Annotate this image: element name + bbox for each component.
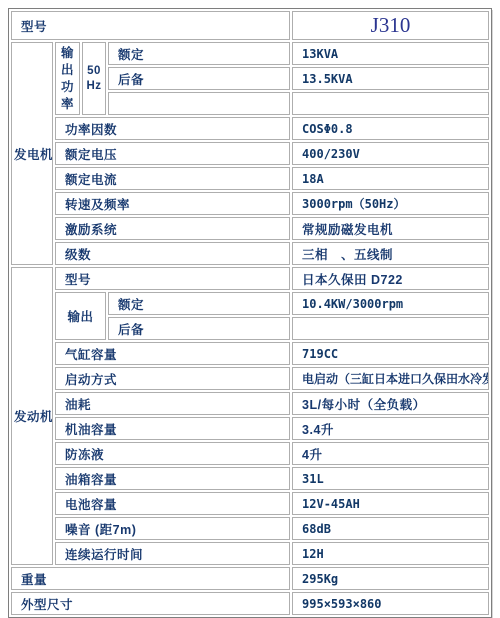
row-fuel-consumption: 油耗 3L/每小时（全负载）: [11, 392, 489, 415]
model-value: J310: [292, 11, 489, 40]
row-excitation-system: 激励系统 常规励磁发电机: [11, 217, 489, 240]
weight-value: 295Kg: [292, 567, 489, 590]
phase-wires-label: 级数: [55, 242, 290, 265]
row-model: 型号 J310: [11, 11, 489, 40]
gen-frequency-unit: Hz: [85, 79, 103, 94]
weight-label: 重量: [11, 567, 290, 590]
row-power-factor: 功率因数 COSΦ0.8: [11, 117, 489, 140]
battery-capacity-value: 12V-45AH: [292, 492, 489, 515]
row-start-method: 启动方式 电启动（三缸日本进口久保田水冷发动机）: [11, 367, 489, 390]
section-generator-label: 发电机: [11, 42, 53, 265]
oil-capacity-label: 机油容量: [55, 417, 290, 440]
noise-value: 68dB: [292, 517, 489, 540]
excitation-system-label: 激励系统: [55, 217, 290, 240]
engine-standby-label: 后备: [108, 317, 290, 340]
row-phase-wires: 级数 三相 、五线制: [11, 242, 489, 265]
phase-wires-value: 三相 、五线制: [292, 242, 489, 265]
row-rated-voltage: 额定电压 400/230V: [11, 142, 489, 165]
section-engine-label: 发动机: [11, 267, 53, 565]
fuel-consumption-label: 油耗: [55, 392, 290, 415]
antifreeze-label: 防冻液: [55, 442, 290, 465]
gen-standby-label: 后备: [108, 67, 290, 90]
engine-rated-value: 10.4KW/3000rpm: [292, 292, 489, 315]
gen-output-power-label: 输出功率: [55, 42, 80, 115]
gen-rated-value: 13KVA: [292, 42, 489, 65]
oil-capacity-value: 3.4升: [292, 417, 489, 440]
generator-spec-table: 型号 J310 发电机 输出功率 50 Hz 额定 13KVA 后备 13.5K…: [8, 8, 492, 618]
row-speed-frequency: 转速及频率 3000rpm（50Hz）: [11, 192, 489, 215]
power-factor-label: 功率因数: [55, 117, 290, 140]
gen-standby-value: 13.5KVA: [292, 67, 489, 90]
gen-frequency-cell: 50 Hz: [82, 42, 106, 115]
antifreeze-value: 4升: [292, 442, 489, 465]
cylinder-capacity-value: 719CC: [292, 342, 489, 365]
continuous-runtime-label: 连续运行时间: [55, 542, 290, 565]
rated-voltage-label: 额定电压: [55, 142, 290, 165]
row-engine-output-rated: 输出 额定 10.4KW/3000rpm: [11, 292, 489, 315]
dimensions-value: 995×593×860: [292, 592, 489, 615]
row-weight: 重量 295Kg: [11, 567, 489, 590]
gen-empty-label: [108, 92, 290, 115]
cylinder-capacity-label: 气缸容量: [55, 342, 290, 365]
noise-label: 噪音 (距7m): [55, 517, 290, 540]
engine-standby-value: [292, 317, 489, 340]
rated-current-value: 18A: [292, 167, 489, 190]
continuous-runtime-value: 12H: [292, 542, 489, 565]
row-cylinder-capacity: 气缸容量 719CC: [11, 342, 489, 365]
gen-empty-value: [292, 92, 489, 115]
gen-rated-label: 额定: [108, 42, 290, 65]
row-battery-capacity: 电池容量 12V-45AH: [11, 492, 489, 515]
engine-rated-label: 额定: [108, 292, 290, 315]
gen-output-power-vertical-text: 输出功率: [61, 45, 75, 113]
gen-frequency-value: 50: [85, 64, 103, 79]
row-rated-current: 额定电流 18A: [11, 167, 489, 190]
row-dimensions: 外型尺寸 995×593×860: [11, 592, 489, 615]
row-noise: 噪音 (距7m) 68dB: [11, 517, 489, 540]
row-continuous-runtime: 连续运行时间 12H: [11, 542, 489, 565]
row-tank-capacity: 油箱容量 31L: [11, 467, 489, 490]
dimensions-label: 外型尺寸: [11, 592, 290, 615]
row-engine-model: 发动机 型号 日本久保田 D722: [11, 267, 489, 290]
rated-voltage-value: 400/230V: [292, 142, 489, 165]
row-antifreeze: 防冻液 4升: [11, 442, 489, 465]
row-oil-capacity: 机油容量 3.4升: [11, 417, 489, 440]
power-factor-value: COSΦ0.8: [292, 117, 489, 140]
speed-frequency-label: 转速及频率: [55, 192, 290, 215]
fuel-consumption-value: 3L/每小时（全负载）: [292, 392, 489, 415]
engine-model-label: 型号: [55, 267, 290, 290]
tank-capacity-value: 31L: [292, 467, 489, 490]
engine-output-label: 输出: [55, 292, 106, 340]
row-gen-output-rated: 发电机 输出功率 50 Hz 额定 13KVA: [11, 42, 489, 65]
start-method-value: 电启动（三缸日本进口久保田水冷发动机）: [292, 367, 489, 390]
excitation-system-value: 常规励磁发电机: [292, 217, 489, 240]
tank-capacity-label: 油箱容量: [55, 467, 290, 490]
speed-frequency-value: 3000rpm（50Hz）: [292, 192, 489, 215]
battery-capacity-label: 电池容量: [55, 492, 290, 515]
start-method-label: 启动方式: [55, 367, 290, 390]
model-label: 型号: [11, 11, 290, 40]
rated-current-label: 额定电流: [55, 167, 290, 190]
engine-model-value: 日本久保田 D722: [292, 267, 489, 290]
